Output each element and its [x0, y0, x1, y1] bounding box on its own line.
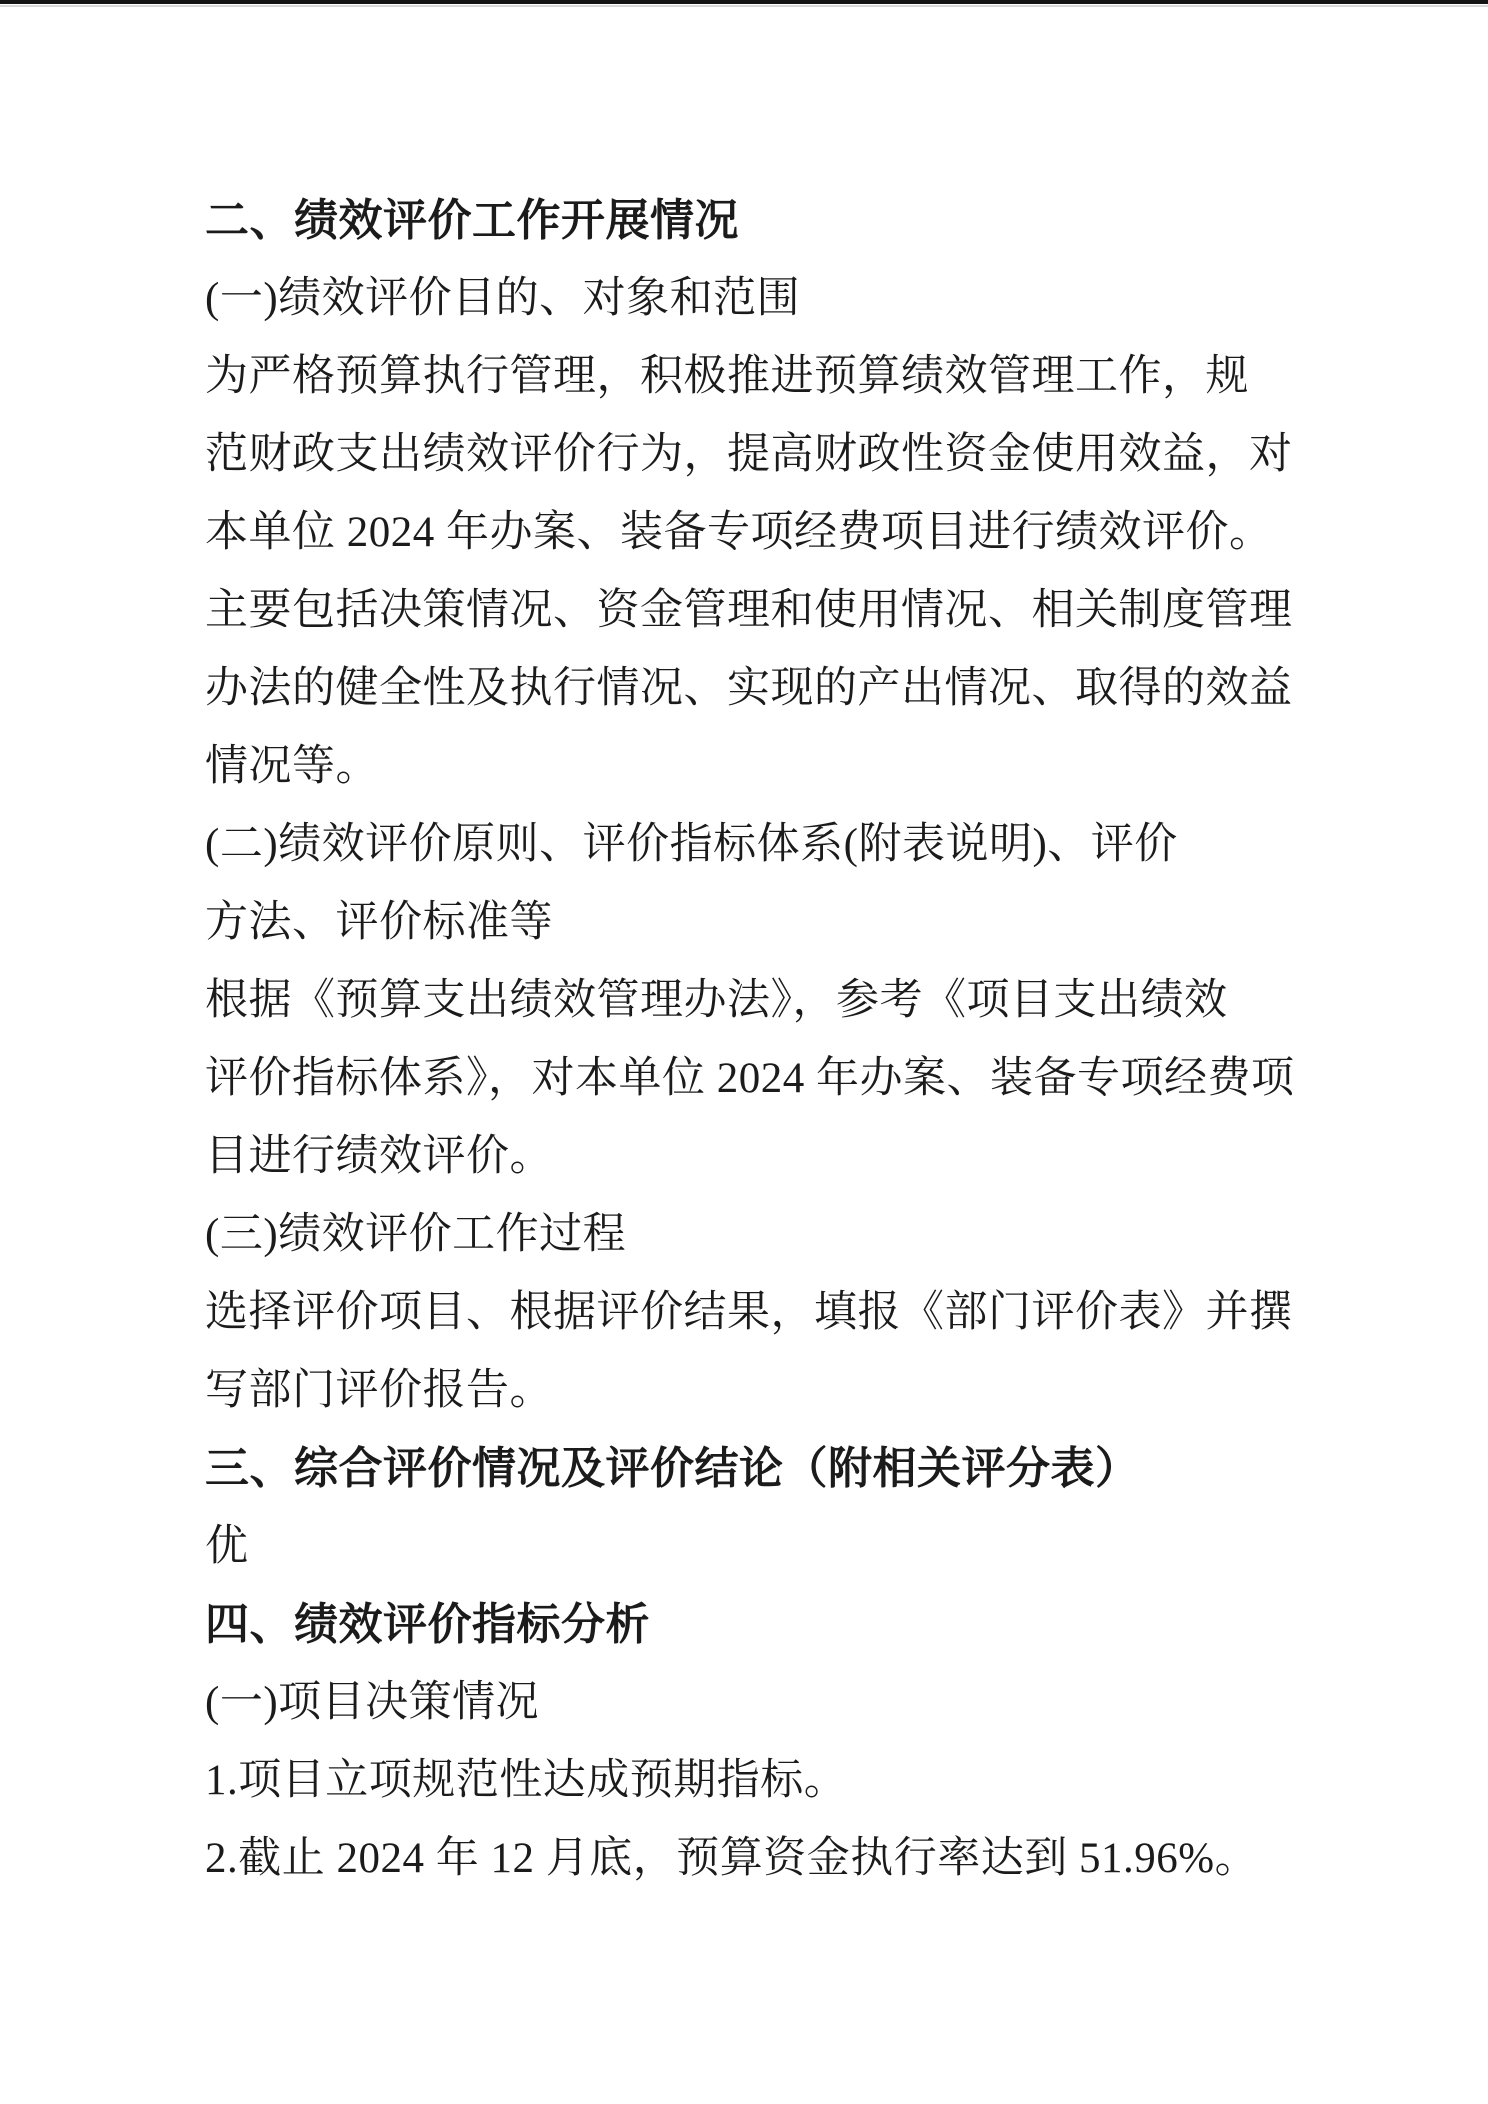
text-line: 为严格预算执行管理，积极推进预算绩效管理工作，规 — [205, 338, 1280, 416]
text-line: 选择评价项目、根据评价结果，填报《部门评价表》并撰 — [205, 1274, 1280, 1352]
text-line: 本单位 2024 年办案、装备专项经费项目进行绩效评价。 — [205, 494, 1280, 572]
text-line: (一)绩效评价目的、对象和范围 — [205, 260, 1280, 338]
document-page: 二、绩效评价工作开展情况(一)绩效评价目的、对象和范围为严格预算执行管理，积极推… — [0, 0, 1488, 2104]
text-line: 根据《预算支出绩效管理办法》，参考《项目支出绩效 — [205, 962, 1280, 1040]
text-line: (三)绩效评价工作过程 — [205, 1196, 1280, 1274]
text-line: 范财政支出绩效评价行为，提高财政性资金使用效益，对 — [205, 416, 1280, 494]
text-line: (一)项目决策情况 — [205, 1664, 1280, 1742]
text-line: 情况等。 — [205, 728, 1280, 806]
document-text: 二、绩效评价工作开展情况(一)绩效评价目的、对象和范围为严格预算执行管理，积极推… — [205, 182, 1280, 1898]
scan-edge-shadow — [0, 5, 1488, 7]
text-line: 评价指标体系》，对本单位 2024 年办案、装备专项经费项 — [205, 1040, 1280, 1118]
text-line: 目进行绩效评价。 — [205, 1118, 1280, 1196]
text-line: 主要包括决策情况、资金管理和使用情况、相关制度管理 — [205, 572, 1280, 650]
text-line: 写部门评价报告。 — [205, 1352, 1280, 1430]
section-heading: 二、绩效评价工作开展情况 — [205, 182, 1280, 260]
text-line: 方法、评价标准等 — [205, 884, 1280, 962]
section-heading: 三、综合评价情况及评价结论（附相关评分表） — [205, 1430, 1280, 1508]
text-line: 办法的健全性及执行情况、实现的产出情况、取得的效益 — [205, 650, 1280, 728]
text-line: 2.截止 2024 年 12 月底，预算资金执行率达到 51.96%。 — [205, 1820, 1280, 1898]
section-heading: 四、绩效评价指标分析 — [205, 1586, 1280, 1664]
scan-edge-line — [0, 0, 1488, 4]
text-line: (二)绩效评价原则、评价指标体系(附表说明)、评价 — [205, 806, 1280, 884]
text-line: 1.项目立项规范性达成预期指标。 — [205, 1742, 1280, 1820]
text-line: 优 — [205, 1508, 1280, 1586]
